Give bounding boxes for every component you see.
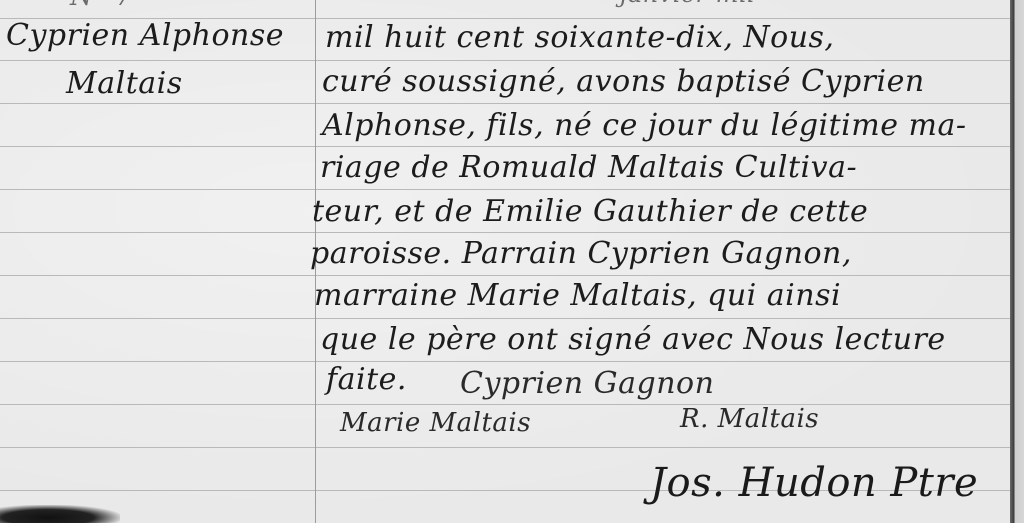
ruled-line xyxy=(0,275,1012,276)
entry-line: mil huit cent soixante-dix, Nous, xyxy=(325,20,834,55)
ruled-line xyxy=(0,232,1012,233)
entry-line: faite. xyxy=(326,362,407,397)
signature-godfather: Cyprien Gagnon xyxy=(460,366,714,401)
entry-line: teur, et de Emilie Gauthier de cette xyxy=(312,194,868,229)
ruled-line xyxy=(0,318,1012,319)
ruled-line xyxy=(0,361,1012,362)
entry-top-fragment: janvier mil xyxy=(620,0,755,8)
ink-stain xyxy=(0,505,120,523)
ruled-line xyxy=(0,146,1012,147)
margin-child-surname: Maltais xyxy=(66,66,183,101)
margin-child-name: Cyprien Alphonse xyxy=(6,18,284,53)
ruled-line xyxy=(0,404,1012,405)
ruled-line xyxy=(0,447,1012,448)
signature-father: R. Maltais xyxy=(680,404,819,434)
ruled-line xyxy=(0,189,1012,190)
entry-line: marraine Marie Maltais, qui ainsi xyxy=(314,278,841,313)
register-page: N° 7 Cyprien Alphonse Maltais janvier mi… xyxy=(0,0,1024,523)
entry-line: riage de Romuald Maltais Cultiva- xyxy=(320,150,857,185)
ruled-line xyxy=(0,60,1012,61)
entry-line: Alphonse, fils, né ce jour du légitime m… xyxy=(322,108,966,143)
signature-priest: Jos. Hudon Ptre xyxy=(650,460,978,506)
entry-line: paroisse. Parrain Cyprien Gagnon, xyxy=(310,236,852,271)
page-edge xyxy=(1010,0,1024,523)
entry-line: curé soussigné, avons baptisé Cyprien xyxy=(322,64,925,99)
entry-line: que le père ont signé avec Nous lecture xyxy=(320,322,946,357)
signature-godmother: Marie Maltais xyxy=(340,408,531,438)
ruled-line xyxy=(0,103,1012,104)
margin-entry-number: N° 7 xyxy=(70,0,133,12)
